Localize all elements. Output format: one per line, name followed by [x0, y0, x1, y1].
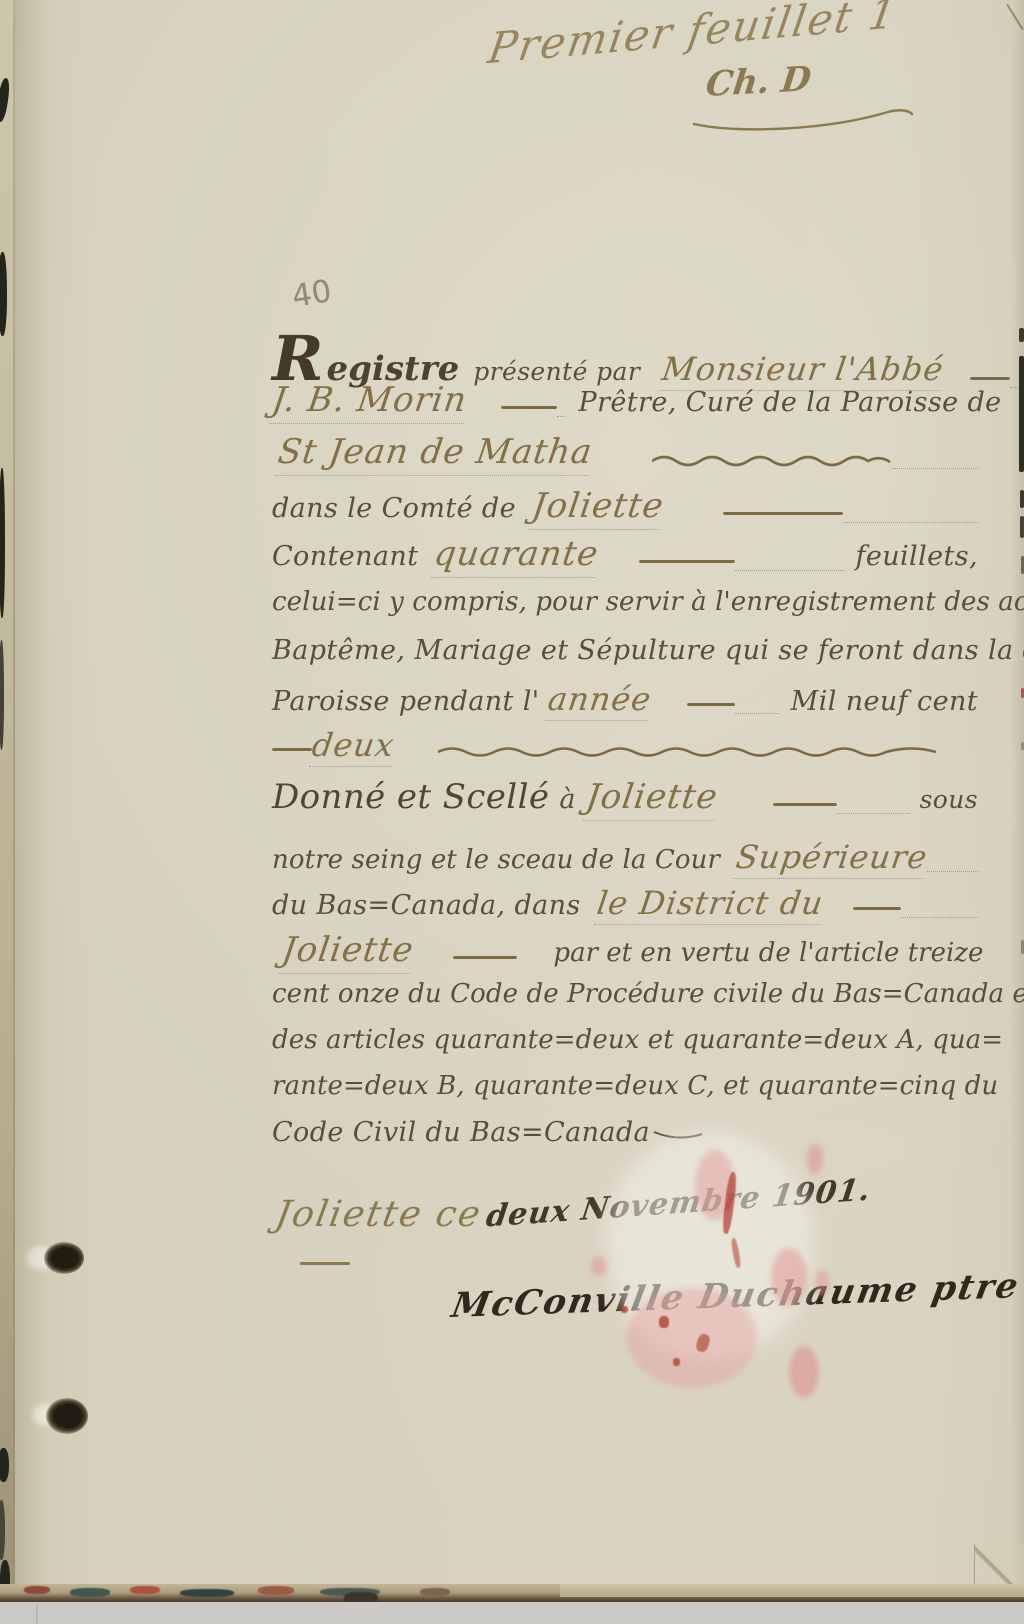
- form-line-8: Paroisse pendant l' année Mil neuf cent: [272, 680, 978, 721]
- page-edge-mark: [1019, 328, 1024, 342]
- paper-sheet: Premier feuillet 1 Ch. D 40 Registre pré…: [0, 0, 1024, 1602]
- stain-curl: [789, 1346, 819, 1398]
- hand-cure-name: J. B. Morin: [269, 380, 470, 424]
- red-seal-offset-stain: [575, 1120, 875, 1420]
- dash-stroke: [300, 1262, 350, 1265]
- form-line-4: dans le Comté de Joliette: [272, 486, 978, 530]
- form-line-2: J. B. Morin Prêtre, Curé de la Paroisse …: [272, 380, 978, 424]
- page-edge-mark: [1020, 516, 1024, 538]
- printed-bas-canada: du Bas=Canada, dans: [272, 889, 581, 923]
- printed-contenant: Contenant: [272, 540, 418, 574]
- printed-code-procedure: cent onze du Code de Procédure civile du…: [272, 978, 1024, 1011]
- hand-annee: année: [545, 680, 654, 721]
- hand-cour-type: Supérieure: [733, 838, 930, 879]
- printed-paroisse-pendant: Paroisse pendant l': [272, 685, 540, 719]
- binding-edge-strip: [0, 0, 13, 1602]
- form-line-6: celui=ci y compris, pour servir à l'enre…: [272, 586, 978, 619]
- dotted-rule: [837, 813, 909, 814]
- form-line-15: des articles quarante=deux et quarante=d…: [272, 1024, 978, 1057]
- hand-annee-suite: deux: [309, 726, 397, 767]
- form-line-16: rante=deux B, quarante=deux C, et quaran…: [272, 1070, 978, 1103]
- stain-blob: [591, 1256, 607, 1276]
- bed-seam: [36, 1604, 38, 1624]
- stain-blob: [815, 1270, 829, 1296]
- dotted-rule: [892, 468, 978, 469]
- hand-paroisse-name: St Jean de Matha: [275, 432, 595, 476]
- clerk-paraph-initials: Ch. D: [704, 59, 814, 105]
- hand-comte-name: Joliette: [529, 486, 667, 530]
- page-edge-mark: [1019, 356, 1024, 472]
- form-line-7: Baptême, Mariage et Sépulture qui se fer…: [272, 634, 978, 668]
- printed-notre-seing: notre seing et le sceau de la Cour: [272, 844, 720, 877]
- dotted-rule: [557, 416, 565, 417]
- marbling-speck: [180, 1589, 234, 1597]
- hand-lieu-scelle: Joliette: [583, 777, 721, 821]
- printed-sous: sous: [920, 784, 978, 815]
- printed-mil-neuf-cent: Mil neuf cent: [791, 685, 978, 719]
- printed-bapteme: Baptême, Mariage et Sépulture qui se fer…: [272, 634, 1024, 668]
- stain-speck: [673, 1358, 680, 1366]
- folio-note-handwritten: Premier feuillet 1: [485, 0, 902, 73]
- dash-stroke: [773, 803, 837, 806]
- form-line-14: cent onze du Code de Procédure civile du…: [272, 978, 978, 1011]
- dotted-rule: [927, 871, 978, 872]
- book-edge-light: [560, 1584, 1024, 1597]
- dotted-rule: [843, 522, 978, 523]
- pencil-folio-count: 40: [289, 273, 334, 315]
- printed-celui-ci: celui=ci y compris, pour servir à l'enre…: [272, 586, 1024, 619]
- scanner-bed: [0, 1602, 1024, 1624]
- printed-vertu: par et en vertu de l'article treize: [553, 937, 983, 970]
- dash-stroke: [453, 956, 517, 959]
- form-line-3: St Jean de Matha: [272, 432, 978, 476]
- right-edge-shading: [1010, 0, 1024, 1602]
- stain-speck: [659, 1316, 669, 1328]
- form-line-12: du Bas=Canada, dans le District du: [272, 884, 978, 925]
- dotted-rule: [735, 713, 779, 714]
- scanned-register-page: Premier feuillet 1 Ch. D 40 Registre pré…: [0, 0, 1024, 1624]
- stain-blob: [807, 1144, 823, 1174]
- binding-chip: [0, 468, 5, 618]
- dash-stroke: [723, 512, 843, 515]
- printed-a: à: [559, 783, 576, 817]
- printed-articles-a: des articles quarante=deux et quarante=d…: [272, 1024, 1003, 1057]
- dash-stroke: [501, 406, 557, 409]
- hand-feuillets-count: quarante: [431, 534, 601, 578]
- marbling-speck: [70, 1588, 110, 1597]
- punch-hole-bottom: [46, 1398, 88, 1434]
- dash-stroke: [853, 907, 901, 910]
- printed-dans-comte: dans le Comté de: [272, 492, 516, 526]
- stain-cluster: [627, 1288, 757, 1388]
- form-line-11: notre seing et le sceau de la Cour Supér…: [272, 838, 978, 879]
- gutter-shading: [15, 0, 49, 1602]
- dotted-rule: [901, 917, 978, 918]
- marbling-speck: [258, 1586, 294, 1595]
- dash-stroke: [639, 560, 735, 563]
- hand-place-date-intro: Joliette ce: [272, 1194, 485, 1235]
- flourish-squiggle: [652, 452, 892, 468]
- page-edge-mark: [1020, 490, 1024, 508]
- paraph-flourish: [688, 104, 918, 132]
- marbling-speck: [24, 1586, 50, 1594]
- marbling-speck: [420, 1588, 450, 1596]
- form-line-10: Donné et Scellé à Joliette sous: [272, 776, 978, 821]
- dotted-rule: [735, 570, 846, 571]
- dash-stroke: [687, 703, 735, 706]
- form-line-9: deux: [272, 726, 978, 767]
- stain-speck: [621, 1306, 628, 1313]
- printed-feuillets: feuillets,: [855, 540, 978, 574]
- stain-blob: [771, 1248, 807, 1306]
- binding-chip: [0, 1448, 9, 1482]
- hand-district: le District du: [594, 884, 826, 925]
- flourish-squiggle-long: [438, 743, 938, 759]
- printed-donne-scelle: Donné et Scellé: [272, 776, 549, 819]
- form-line-5: Contenant quarante feuillets,: [272, 534, 978, 578]
- punch-hole-top: [44, 1242, 84, 1274]
- hand-district-nom: Joliette: [279, 930, 417, 974]
- marbling-speck: [130, 1586, 160, 1594]
- printed-pretre-cure: Prêtre, Curé de la Paroisse de: [579, 386, 1002, 420]
- binding-chip: [0, 252, 7, 336]
- printed-articles-b: rante=deux B, quarante=deux C, et quaran…: [272, 1070, 998, 1103]
- binding-chip: [0, 640, 4, 750]
- dash-stroke: [272, 748, 312, 751]
- form-line-13: Joliette par et en vertu de l'article tr…: [272, 930, 978, 974]
